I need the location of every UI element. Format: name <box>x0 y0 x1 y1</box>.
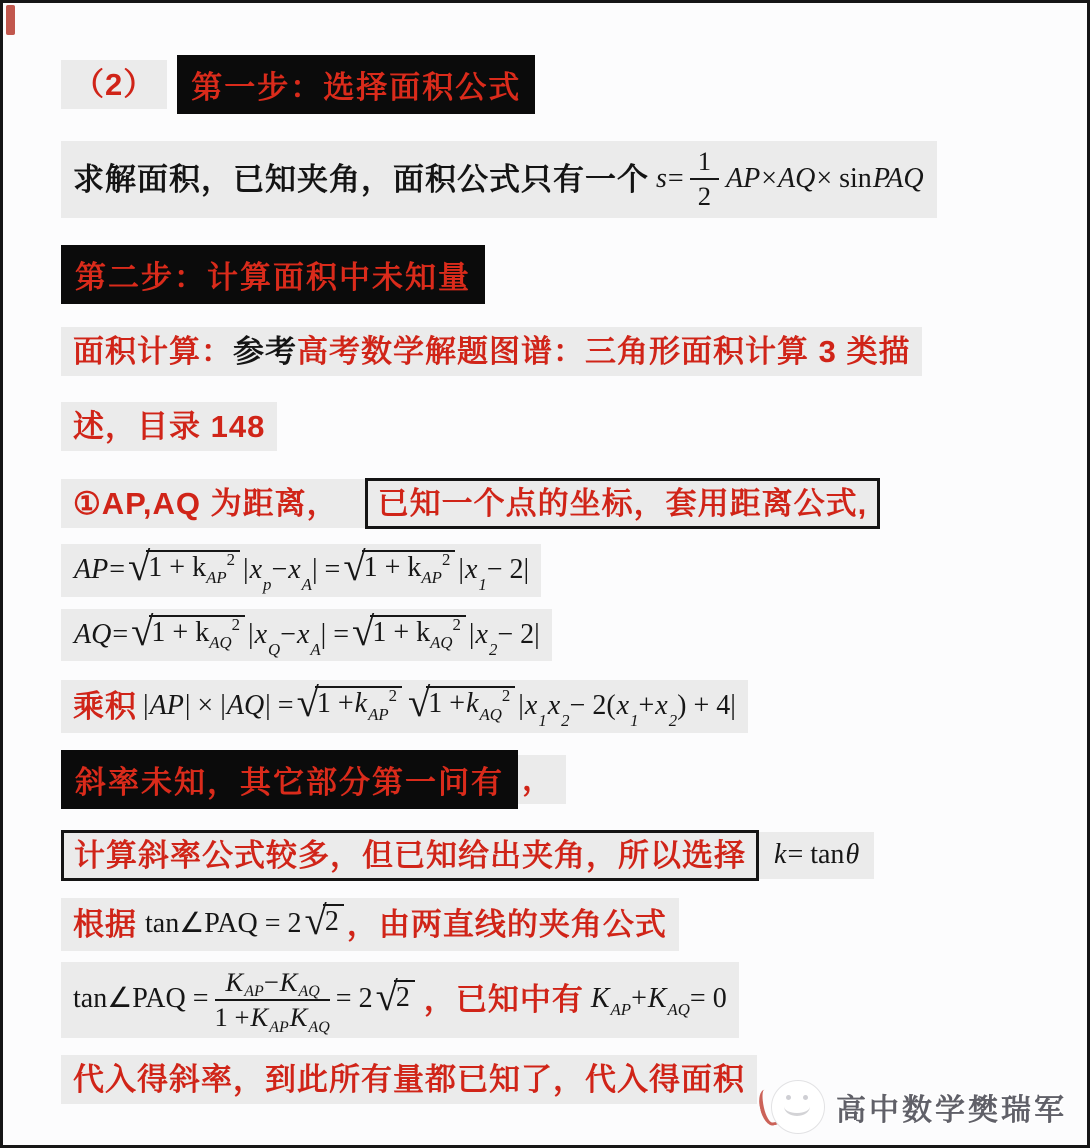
ktan-formula: k = tan θ <box>773 840 860 871</box>
reference-continuation: 述，目录 148 <box>61 402 277 451</box>
area-choice-strip: 求解面积，已知夹角，面积公式只有一个 s = 12AP × AQ × sin P… <box>61 141 937 218</box>
step2-heading: 第二步：计算面积中未知量 <box>61 245 485 304</box>
aq-formula: AQ = √1 + kAQ2|xQ − xA| = √1 + kAQ2|x2 −… <box>73 615 540 656</box>
area-formula: s = 12AP × AQ × sin PAQ <box>655 147 925 212</box>
reference-black-word: 参考 <box>233 333 297 370</box>
step1-heading: 第一步：选择面积公式 <box>177 55 535 114</box>
row-reference-1: 面积计算： 参考 高考数学解题图谱：三角形面积计算 3 类描 <box>61 327 1087 376</box>
logo-face-curve <box>784 1097 810 1116</box>
aq-strip: AQ = √1 + kAQ2|xQ − xA| = √1 + kAQ2|x2 −… <box>61 609 552 662</box>
row-reference-2: 述，目录 148 <box>61 402 1087 451</box>
row-step2: 第二步：计算面积中未知量 <box>61 245 1087 304</box>
angle-fraction-note: ，已知中有 <box>424 981 584 1018</box>
red-corner-mark <box>6 5 15 35</box>
ksum-formula: KAP + KAQ = 0 <box>590 984 727 1015</box>
row-given-angle: 根据 tan∠PAQ = 2√2 ，由两直线的夹角公式 <box>61 898 1087 951</box>
product-strip: 乘积 |AP| × |AQ| = √1 + kAP2√1 + kAQ2|x1x2… <box>61 680 748 733</box>
slope-unknown-heading: 斜率未知，其它部分第一问有 <box>61 750 518 809</box>
given-angle-tail: ，由两直线的夹角公式 <box>347 906 667 943</box>
row-aq-formula: AQ = √1 + kAQ2|xQ − xA| = √1 + kAQ2|x2 −… <box>61 609 1087 662</box>
product-label: 乘积 <box>73 688 137 725</box>
angle-fraction-strip: tan∠PAQ = KAP − KAQ1 + KAPKAQ = 2√2 ，已知中… <box>61 962 739 1039</box>
row-product-formula: 乘积 |AP| × |AQ| = √1 + kAP2√1 + kAQ2|x1x2… <box>61 680 1087 733</box>
document-content: （2） 第一步：选择面积公式 求解面积，已知夹角，面积公式只有一个 s = 12… <box>3 3 1087 1104</box>
row-angle-fraction: tan∠PAQ = KAP − KAQ1 + KAPKAQ = 2√2 ，已知中… <box>61 962 1087 1039</box>
item-number: （2） <box>61 60 167 109</box>
conclusion-text: 代入得斜率，到此所有量都已知了，代入得面积 <box>61 1055 757 1104</box>
ktan-strip: k = tan θ <box>759 832 874 879</box>
row-step1: （2） 第一步：选择面积公式 <box>61 55 1087 114</box>
watermark: 高中数学樊瑞军 <box>760 1081 1067 1133</box>
document-page: （2） 第一步：选择面积公式 求解面积，已知夹角，面积公式只有一个 s = 12… <box>0 0 1090 1148</box>
reference-red-text: 高考数学解题图谱：三角形面积计算 3 类描 <box>297 333 910 370</box>
slope-choice-text: 计算斜率公式较多，但已知给出夹角，所以选择 <box>74 837 746 874</box>
ap-formula: AP = √1 + kAP2|xp − xA| = √1 + kAP2|x1 −… <box>73 550 529 591</box>
product-formula: |AP| × |AQ| = √1 + kAP2√1 + kAQ2|x1x2 − … <box>143 686 736 727</box>
slope-unknown-comma: ， <box>518 755 566 804</box>
slope-choice-box: 计算斜率公式较多，但已知给出夹角，所以选择 <box>61 830 759 881</box>
watermark-logo-icon <box>772 1081 824 1133</box>
reference-strip: 面积计算： 参考 高考数学解题图谱：三角形面积计算 3 类描 <box>61 327 922 376</box>
watermark-text: 高中数学樊瑞军 <box>836 1085 1067 1129</box>
area-choice-text: 求解面积，已知夹角，面积公式只有一个 <box>73 161 649 198</box>
distance-boxed-note: 已知一个点的坐标，套用距离公式, <box>365 478 881 529</box>
distance-lead: ①AP,AQ 为距离， <box>61 479 365 528</box>
row-area-formula-choice: 求解面积，已知夹角，面积公式只有一个 s = 12AP × AQ × sin P… <box>61 141 1087 218</box>
distance-boxed-text: 已知一个点的坐标，套用距离公式, <box>378 485 868 522</box>
row-slope-unknown: 斜率未知，其它部分第一问有 ， <box>61 750 1087 809</box>
ap-strip: AP = √1 + kAP2|xp − xA| = √1 + kAP2|x1 −… <box>61 544 541 597</box>
row-slope-choice: 计算斜率公式较多，但已知给出夹角，所以选择 k = tan θ <box>61 830 1087 881</box>
given-angle-strip: 根据 tan∠PAQ = 2√2 ，由两直线的夹角公式 <box>61 898 679 951</box>
given-angle-formula: tan∠PAQ = 2√2 <box>145 904 347 945</box>
reference-label: 面积计算： <box>73 333 233 370</box>
row-ap-formula: AP = √1 + kAP2|xp − xA| = √1 + kAP2|x1 −… <box>61 544 1087 597</box>
angle-fraction-formula: tan∠PAQ = KAP − KAQ1 + KAPKAQ = 2√2 <box>73 968 418 1033</box>
row-distance-note: ①AP,AQ 为距离， 已知一个点的坐标，套用距离公式, <box>61 478 1087 529</box>
given-angle-lead: 根据 <box>73 906 137 943</box>
